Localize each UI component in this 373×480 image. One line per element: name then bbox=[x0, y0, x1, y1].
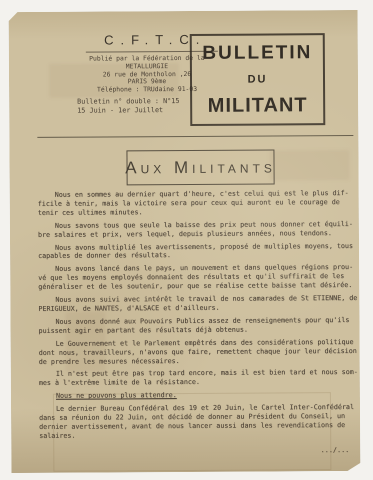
paragraph: Nous avons multiplié les avertissements,… bbox=[38, 241, 358, 261]
paragraph-line: bre salaires et prix, vers lequel, depui… bbox=[38, 229, 358, 240]
section-title: Aux Militants bbox=[125, 157, 276, 178]
paragraph: Nous ne pouvons plus attendre. bbox=[39, 390, 359, 401]
paragraph-line: généraliser et de les soutenir, pour que… bbox=[38, 281, 358, 292]
paragraph-line: PERIGUEUX, de NANTES, d'ALSACE et d'aill… bbox=[38, 303, 358, 314]
paragraph-line: Nous ne pouvons plus attendre. bbox=[39, 390, 359, 401]
masthead-line-militant: MILITANT bbox=[208, 94, 308, 118]
paragraph: Nous avons donné aux Pouvoirs Publics as… bbox=[38, 316, 358, 336]
paragraphs-container: Nous en sommes au dernier quart d'heure,… bbox=[38, 189, 360, 441]
masthead-line-bulletin: BULLETIN bbox=[202, 42, 312, 65]
paragraph: Il n'est peut être pas trop tard encore,… bbox=[39, 368, 359, 388]
paragraph: Nous avons lancé dans le pays, un mouvem… bbox=[38, 263, 358, 292]
bleed-through-smudge bbox=[269, 150, 349, 180]
paragraph: Le Gouvernement et le Parlement empêtrés… bbox=[39, 338, 359, 367]
paragraph-line: mes à l'extrême limite de la résistance. bbox=[39, 377, 359, 388]
paragraph-line: tenir ces ultimes minutes. bbox=[38, 207, 358, 218]
header-divider-rule bbox=[37, 135, 353, 138]
paragraph: Le dernier Bureau Confédéral des 19 et 2… bbox=[39, 403, 359, 441]
article-body: Nous en sommes au dernier quart d'heure,… bbox=[38, 189, 360, 457]
paragraph-line: de prendre les mesures nécessaires. bbox=[39, 355, 359, 366]
paragraph: Nous avons suivi avec intérêt le travail… bbox=[38, 294, 358, 314]
paragraph: Nous en sommes au dernier quart d'heure,… bbox=[38, 189, 358, 218]
scanned-bulletin-page: C.F.T.C. Publié par la Fédération de laM… bbox=[9, 10, 361, 473]
paragraph-line: puissent agir en partant des résultats d… bbox=[39, 325, 359, 336]
paragraph: Nous savons tous que seule la baisse des… bbox=[38, 220, 358, 240]
paragraph-line: capables de donner des résultats. bbox=[38, 250, 358, 261]
continuation-mark: .../... bbox=[39, 446, 359, 457]
masthead-stamp-box: BULLETIN DU MILITANT bbox=[190, 33, 326, 126]
section-banner: Aux Militants bbox=[126, 149, 274, 185]
masthead-line-du: DU bbox=[248, 73, 268, 85]
